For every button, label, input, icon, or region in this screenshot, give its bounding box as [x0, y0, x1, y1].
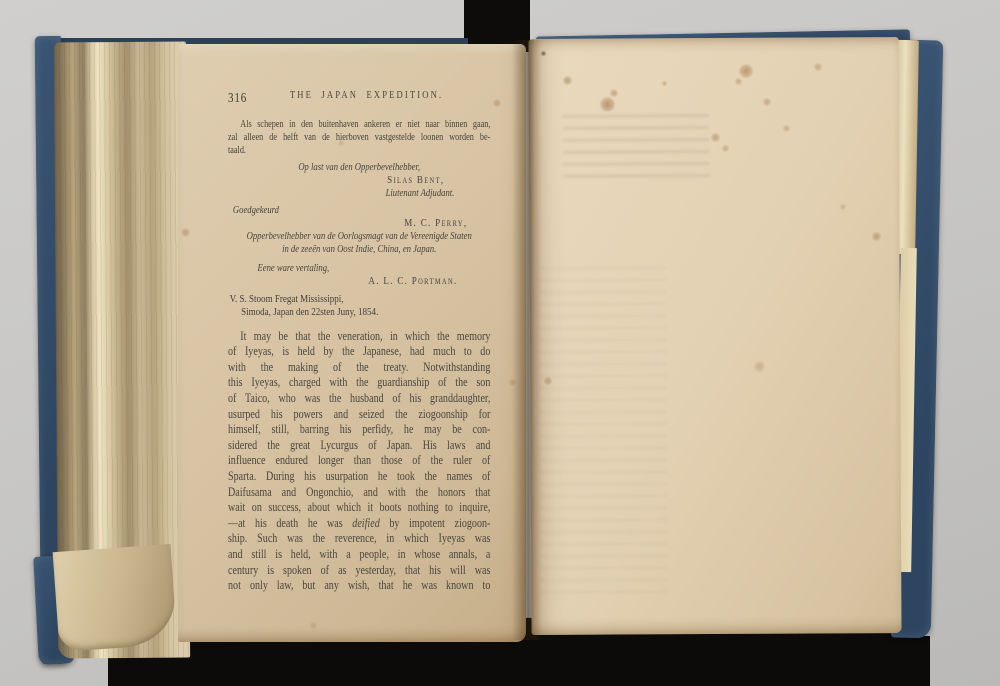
text-line: —at his death he was deified by impotent…	[228, 516, 490, 532]
text-line: It may be that the veneration, in which …	[228, 329, 490, 345]
text-line: influence endured longer than those of t…	[228, 453, 490, 469]
text-line: of Taico, who was the husband of his gra…	[228, 391, 490, 407]
foxing-spot	[711, 133, 720, 142]
text-line: century is spoken of as yesterday, that …	[228, 563, 490, 579]
foxing-spot	[783, 125, 790, 132]
text-line: with the making of the treaty. Notwithst…	[228, 360, 490, 376]
foxing-spot	[735, 78, 742, 85]
show-through-text-fainter	[538, 266, 668, 597]
foxing-spot	[739, 64, 753, 78]
foxing-spot	[338, 140, 344, 146]
foxing-spot	[600, 97, 615, 112]
ink-mark	[541, 51, 546, 56]
text-line: Sparta. During his usurpation he took th…	[228, 469, 490, 485]
signature-block: Op last van den Opperbevelhebber, Silas …	[228, 161, 490, 288]
foxing-spot	[493, 99, 501, 107]
dateline-ship: V. S. Stoom Fregat Mississippi,	[228, 293, 490, 307]
signature-title-lieutenant: Liutenant Adjudant.	[228, 187, 490, 200]
text-line: and still is held, with a people, in who…	[228, 547, 490, 563]
dutch-notice-paragraph: Als schepen in den buitenhaven ankeren e…	[228, 118, 490, 158]
foxing-spot	[662, 81, 667, 86]
foxing-spot	[840, 204, 846, 210]
text-line: zal alleen de helft van de hierboven vas…	[228, 131, 490, 144]
main-paragraph: It may be that the veneration, in which …	[228, 329, 490, 594]
foxing-spot	[872, 232, 881, 241]
foxing-spot	[814, 63, 822, 71]
text-line: this Iyeyas, charged with the guardiansh…	[228, 375, 490, 391]
text-line: wait on success, about which it boots no…	[228, 500, 490, 516]
left-page: 316 THE JAPAN EXPEDITION. Als schepen in…	[178, 44, 526, 642]
signature-name-portman: A. L. C. Portman.	[228, 275, 490, 288]
gutter-shadow	[512, 40, 542, 640]
running-title: THE JAPAN EXPEDITION.	[243, 90, 491, 101]
signature-perry-title-line2: in de zeeën van Oost Indie, China, en Ja…	[228, 243, 490, 256]
dateline-block: V. S. Stoom Fregat Mississippi, Simoda, …	[228, 293, 490, 320]
text-line: himself, still, barring his perfidy, he …	[228, 422, 490, 438]
signature-approved: Goedgekeurd	[228, 204, 490, 217]
foxing-spot	[509, 379, 516, 386]
foxing-spot	[722, 145, 729, 152]
foxing-spot	[181, 228, 190, 237]
dateline-place-date: Simoda, Japan den 22sten Juny, 1854.	[228, 306, 490, 320]
text-line: Daifusama and Ongonchio, and with the ho…	[228, 485, 490, 501]
text-line: of Iyeyas, is held by the Japanese, had …	[228, 344, 490, 360]
signature-perry-title-line1: Opperbevelhebber van de Oorlogsmagt van …	[228, 230, 490, 243]
printed-text-block: 316 THE JAPAN EXPEDITION. Als schepen in…	[228, 90, 490, 594]
signature-name-silas-bent: Silas Bent,	[228, 174, 490, 187]
text-line: usurped his powers and seized the ziogoo…	[228, 407, 490, 423]
right-page-blank	[528, 37, 901, 635]
signature-name-perry: M. C. Perry,	[228, 217, 490, 230]
text-line: taald.	[228, 144, 490, 157]
signature-translation-note: Eene ware vertaling,	[228, 262, 490, 275]
foxing-spot	[754, 361, 765, 372]
text-line: not only law, but any wish, that he was …	[228, 578, 490, 594]
foxing-spot	[310, 622, 317, 629]
open-book-photo: 316 THE JAPAN EXPEDITION. Als schepen in…	[0, 0, 1000, 686]
text-line: Als schepen in den buitenhaven ankeren e…	[228, 118, 490, 131]
foxing-spot	[563, 76, 572, 85]
page-header: 316 THE JAPAN EXPEDITION.	[228, 90, 490, 106]
foxing-spot	[544, 377, 552, 385]
text-line: ship. Such was the reverence, in which I…	[228, 531, 490, 547]
signature-order-line: Op last van den Opperbevelhebber,	[228, 161, 490, 174]
show-through-text-faint	[563, 114, 709, 181]
foxing-spot	[763, 98, 771, 106]
text-line: sidered the great Lycurgus of Japan. His…	[228, 438, 490, 454]
foxing-spot	[610, 89, 618, 97]
